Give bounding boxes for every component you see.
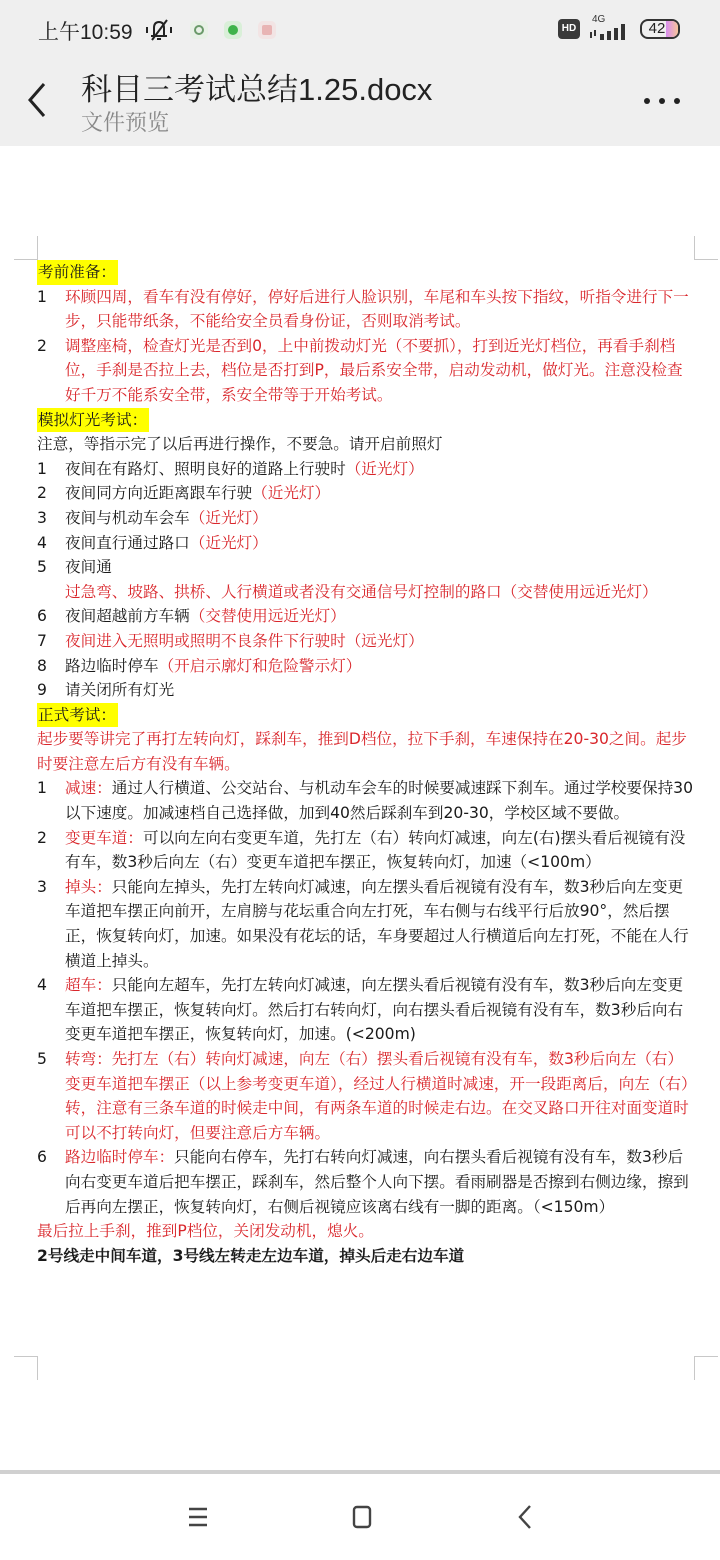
list-item: 6 路边临时停车：只能向右停车，先打右转向灯减速，向右摆头看后视镜有没有车，数3… — [37, 1145, 697, 1219]
wechat-icon — [224, 21, 242, 39]
back-button[interactable] — [22, 78, 58, 122]
list-item: 6 夜间超越前方车辆（交替使用远近光灯） — [37, 604, 697, 629]
section-intro: 注意，等指示完了以后再进行操作，不要急。请开启前照灯 — [37, 432, 697, 457]
list-item: 7 夜间进入无照明或照明不良条件下行驶时（远光灯） — [37, 629, 697, 654]
home-icon — [342, 1500, 382, 1534]
page-margin-mark — [14, 1356, 38, 1380]
section-intro: 起步要等讲完了再打左转向灯，踩刹车，推到D档位，拉下手刹，车速保持在20-30之… — [37, 727, 697, 776]
more-horizontal-icon — [644, 98, 650, 104]
app-notification-icon — [190, 21, 208, 39]
list-item: 3 掉头：只能向左掉头，先打左转向灯减速，向左摆头看后视镜有没有车，数3秒后向左… — [37, 875, 697, 973]
back-icon — [506, 1500, 546, 1534]
system-back-button[interactable] — [506, 1500, 546, 1534]
list-item: 4 超车：只能向左超车，先打左转向灯减速，向左摆头看后视镜有没有车，数3秒后向左… — [37, 973, 697, 1047]
chevron-left-icon — [22, 78, 58, 122]
signal-icon — [588, 22, 632, 40]
page-margin-mark — [694, 1356, 718, 1380]
list-item: 1 减速：通过人行横道、公交站台、与机动车会车的时候要减速踩下刹车。通过学校要保… — [37, 776, 697, 825]
closing-note: 最后拉上手刹，推到P档位，关闭发动机，熄火。 — [37, 1219, 697, 1244]
battery-icon: 42 — [640, 19, 680, 39]
section-heading: 正式考试： — [37, 703, 118, 728]
list-item: 9 请关闭所有灯光 — [37, 678, 697, 703]
section-heading: 考前准备： — [37, 260, 118, 285]
menu-icon — [178, 1500, 218, 1534]
list-item: 5 转弯：先打左（右）转向灯减速，向左（右）摆头看后视镜有没有车，数3秒后向左（… — [37, 1047, 697, 1145]
document-subtitle: 文件预览 — [81, 106, 169, 137]
more-options-button[interactable] — [640, 86, 684, 116]
status-time: 上午10:59 — [38, 16, 133, 46]
list-item: 5 夜间通过急弯、坡路、拱桥、人行横道或者没有交通信号灯控制的路口（交替使用远近… — [37, 555, 697, 604]
page-margin-mark — [14, 236, 38, 260]
section-heading: 模拟灯光考试： — [37, 408, 149, 433]
mute-icon — [145, 17, 173, 43]
list-item: 2 变更车道：可以向左向右变更车道，先打左（右）转向灯减速，向左(右)摆头看后视… — [37, 826, 697, 875]
document-body: 考前准备： 1 环顾四周，看车有没有停好，停好后进行人脸识别，车尾和车头按下指纹… — [37, 260, 697, 1268]
page-margin-mark — [694, 236, 718, 260]
recent-apps-button[interactable] — [178, 1500, 218, 1534]
document-title: 科目三考试总结1.25.docx — [81, 64, 432, 109]
list-item: 2 调整座椅，检查灯光是否到0，上中前拨动灯光（不要抓），打到近光灯档位，再看手… — [37, 334, 697, 408]
status-bar: 上午10:59 HD 4G 42 — [0, 0, 720, 60]
list-item: 4 夜间直行通过路口（近光灯） — [37, 531, 697, 556]
system-nav-bar — [0, 1474, 720, 1560]
app-notification-icon — [258, 21, 276, 39]
list-item: 2 夜间同方向近距离跟车行驶（近光灯） — [37, 481, 697, 506]
list-item: 8 路边临时停车（开启示廓灯和危险警示灯） — [37, 654, 697, 679]
list-item: 1 夜间在有路灯、照明良好的道路上行驶时（近光灯） — [37, 457, 697, 482]
route-note: 2号线走中间车道，3号线左转走左边车道，掉头后走右边车道 — [37, 1244, 697, 1269]
hd-badge: HD — [558, 19, 580, 39]
list-item: 3 夜间与机动车会车（近光灯） — [37, 506, 697, 531]
document-preview[interactable]: 考前准备： 1 环顾四周，看车有没有停好，停好后进行人脸识别，车尾和车头按下指纹… — [0, 146, 720, 1470]
list-item: 1 环顾四周，看车有没有停好，停好后进行人脸识别，车尾和车头按下指纹，听指令进行… — [37, 285, 697, 334]
battery-level: 42 — [642, 20, 672, 37]
app-header: 科目三考试总结1.25.docx 文件预览 — [0, 60, 720, 146]
home-button[interactable] — [342, 1500, 382, 1534]
